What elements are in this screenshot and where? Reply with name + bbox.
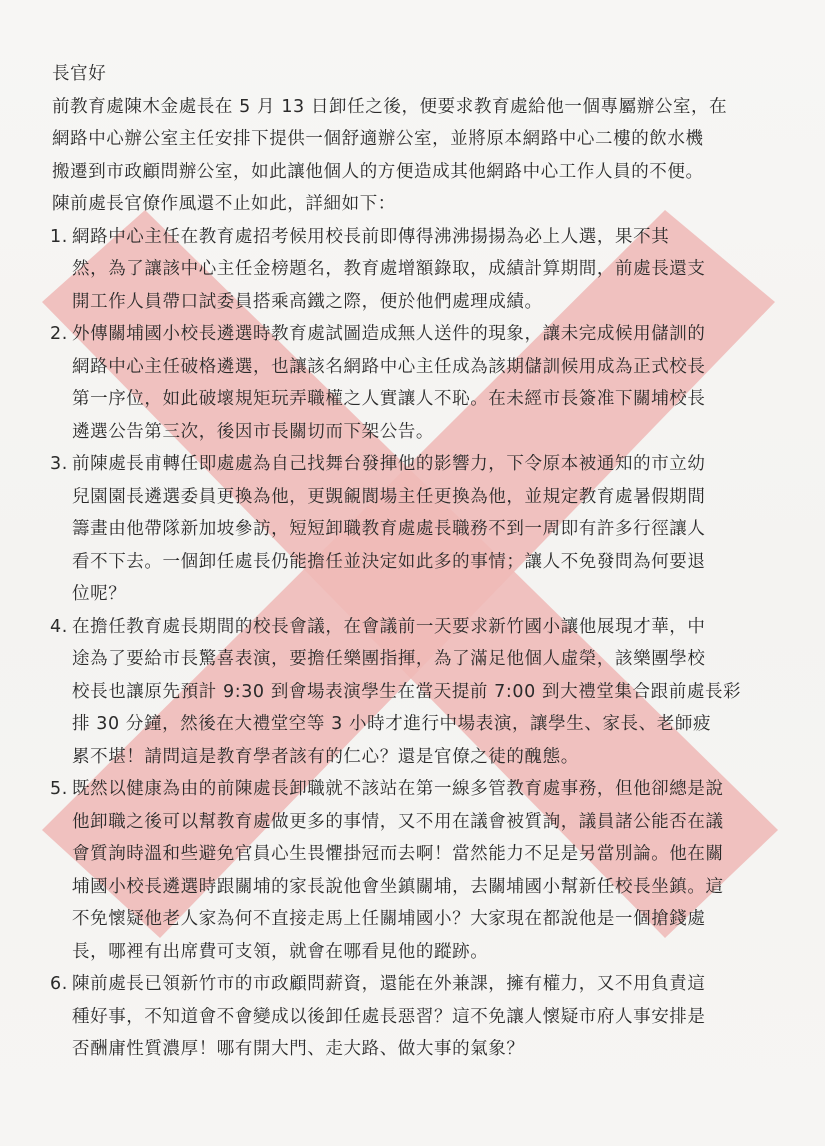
item-line: 位呢？ — [72, 578, 792, 611]
list-item: 4. 在擔任教育處長期間的校長會議，在會議前一天要求新竹國小讓他展現才華，中 途… — [52, 611, 792, 774]
item-line: 網路中心主任破格遴選，也讓該名網路中心主任成為該期儲訓候用成為正式校長 — [72, 351, 792, 384]
item-line: 開工作人員帶口試委員搭乘高鐵之際，便於他們處理成績。 — [72, 286, 792, 319]
list-item: 2. 外傳關埔國小校長遴選時教育處試圖造成無人送件的現象，讓未完成候用儲訓的 網… — [52, 318, 792, 448]
intro-line: 前教育處陳木金處長在 5 月 13 日卸任之後，便要求教育處給他一個專屬辦公室，… — [52, 91, 792, 124]
item-line: 然，為了讓該中心主任金榜題名，教育處增額錄取，成績計算期間，前處長還支 — [72, 253, 792, 286]
greeting: 長官好 — [52, 58, 792, 91]
item-line: 埔國小校長遴選時跟關埔的家長說他會坐鎮關埔，去關埔國小幫新任校長坐鎮。這 — [72, 871, 792, 904]
item-line: 他卸職之後可以幫教育處做更多的事情，又不用在議會被質詢，議員諸公能否在議 — [72, 806, 792, 839]
complaint-list: 1. 網路中心主任在教育處招考候用校長前即傳得沸沸揚揚為必上人選，果不其 然，為… — [52, 221, 792, 1066]
list-number: 2. — [50, 318, 68, 351]
list-number: 1. — [50, 221, 68, 254]
item-line: 排 30 分鐘，然後在大禮堂空等 3 小時才進行中場表演，讓學生、家長、老師疲 — [72, 708, 792, 741]
item-line: 網路中心主任在教育處招考候用校長前即傳得沸沸揚揚為必上人選，果不其 — [72, 221, 792, 254]
item-line: 長，哪裡有出席費可支領，就會在哪看見他的蹤跡。 — [72, 936, 792, 969]
list-item: 3. 前陳處長甫轉任即處處為自己找舞台發揮他的影響力，下令原本被通知的市立幼 兒… — [52, 448, 792, 611]
intro-paragraph: 前教育處陳木金處長在 5 月 13 日卸任之後，便要求教育處給他一個專屬辦公室，… — [52, 91, 792, 221]
item-line: 會質詢時溫和些避免官員心生畏懼掛冠而去啊！當然能力不足是另當別論。他在關 — [72, 838, 792, 871]
item-line: 累不堪！請問這是教育學者該有的仁心？還是官僚之徒的醜態。 — [72, 741, 792, 774]
list-number: 3. — [50, 448, 68, 481]
item-line: 第一序位，如此破壞規矩玩弄職權之人實讓人不恥。在未經市長簽准下關埔校長 — [72, 383, 792, 416]
item-line: 不免懷疑他老人家為何不直接走馬上任關埔國小？大家現在都說他是一個搶錢處 — [72, 903, 792, 936]
item-line: 途為了要給市長驚喜表演，要擔任樂團指揮，為了滿足他個人虛榮，該樂團學校 — [72, 643, 792, 676]
list-item: 6. 陳前處長已領新竹市的市政顧問薪資，還能在外兼課，擁有權力，又不用負責這 種… — [52, 968, 792, 1066]
intro-line: 網路中心辦公室主任安排下提供一個舒適辦公室，並將原本網路中心二樓的飲水機 — [52, 123, 792, 156]
list-item: 1. 網路中心主任在教育處招考候用校長前即傳得沸沸揚揚為必上人選，果不其 然，為… — [52, 221, 792, 319]
intro-line: 陳前處長官僚作風還不止如此，詳細如下： — [52, 188, 792, 221]
list-number: 6. — [50, 968, 68, 1001]
item-line: 外傳關埔國小校長遴選時教育處試圖造成無人送件的現象，讓未完成候用儲訓的 — [72, 318, 792, 351]
item-line: 種好事，不知道會不會變成以後卸任處長惡習？這不免讓人懷疑市府人事安排是 — [72, 1001, 792, 1034]
item-line: 既然以健康為由的前陳處長卸職就不該站在第一線多管教育處事務，但他卻總是說 — [72, 773, 792, 806]
item-line: 遴選公告第三次，後因市長關切而下架公告。 — [72, 416, 792, 449]
intro-line: 搬遷到市政顧問辦公室，如此讓他個人的方便造成其他網路中心工作人員的不便。 — [52, 156, 792, 189]
item-line: 籌畫由他帶隊新加坡參訪，短短卸職教育處處長職務不到一周即有許多行徑讓人 — [72, 513, 792, 546]
item-line: 校長也讓原先預計 9:30 到會場表演學生在當天提前 7:00 到大禮堂集合跟前… — [72, 676, 792, 709]
item-line: 在擔任教育處長期間的校長會議，在會議前一天要求新竹國小讓他展現才華，中 — [72, 611, 792, 644]
item-line: 兒園園長遴選委員更換為他，更覬覦閬場主任更換為他，並規定教育處暑假期間 — [72, 481, 792, 514]
list-number: 4. — [50, 611, 68, 644]
item-line: 否酬庸性質濃厚！哪有開大門、走大路、做大事的氣象？ — [72, 1033, 792, 1066]
letter-body: 長官好 前教育處陳木金處長在 5 月 13 日卸任之後，便要求教育處給他一個專屬… — [52, 58, 792, 1066]
list-number: 5. — [50, 773, 68, 806]
list-item: 5. 既然以健康為由的前陳處長卸職就不該站在第一線多管教育處事務，但他卻總是說 … — [52, 773, 792, 968]
item-line: 前陳處長甫轉任即處處為自己找舞台發揮他的影響力，下令原本被通知的市立幼 — [72, 448, 792, 481]
item-line: 陳前處長已領新竹市的市政顧問薪資，還能在外兼課，擁有權力，又不用負責這 — [72, 968, 792, 1001]
item-line: 看不下去。一個卸任處長仍能擔任並決定如此多的事情；讓人不免發問為何要退 — [72, 546, 792, 579]
